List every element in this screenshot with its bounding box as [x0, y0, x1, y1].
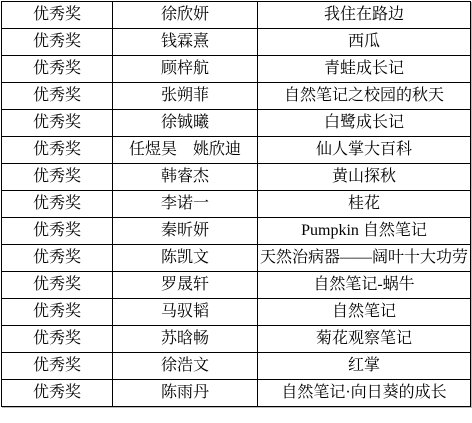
award-cell: 优秀奖 [2, 353, 113, 380]
name-cell: 徐浩文 [113, 353, 258, 380]
table-row: 优秀奖 陈雨丹 自然笔记·向日葵的成长 [2, 380, 471, 407]
name-cell: 秦昕妍 [113, 218, 258, 245]
table-row: 优秀奖 张朔菲 自然笔记之校园的秋天 [2, 83, 471, 110]
award-cell: 优秀奖 [2, 56, 113, 83]
name-cell: 顾梓航 [113, 56, 258, 83]
award-cell: 优秀奖 [2, 29, 113, 56]
title-cell: 天然治病器——阔叶十大功劳 [258, 245, 471, 272]
name-cell: 徐铖曦 [113, 110, 258, 137]
name-cell: 陈雨丹 [113, 380, 258, 407]
title-cell: 自然笔记-蜗牛 [258, 272, 471, 299]
name-cell: 徐欣妍 [113, 2, 258, 29]
title-cell: 黄山探秋 [258, 164, 471, 191]
table-row: 优秀奖 徐浩文 红掌 [2, 353, 471, 380]
name-cell: 钱霖熹 [113, 29, 258, 56]
table-row: 优秀奖 任煜昊 姚欣迪 仙人掌大百科 [2, 137, 471, 164]
award-cell: 优秀奖 [2, 299, 113, 326]
award-cell: 优秀奖 [2, 326, 113, 353]
title-cell: 红掌 [258, 353, 471, 380]
title-cell: 菊花观察笔记 [258, 326, 471, 353]
award-cell: 优秀奖 [2, 83, 113, 110]
title-cell: 自然笔记 [258, 299, 471, 326]
title-cell: 西瓜 [258, 29, 471, 56]
title-cell: 桂花 [258, 191, 471, 218]
award-cell: 优秀奖 [2, 218, 113, 245]
title-cell: Pumpkin 自然笔记 [258, 218, 471, 245]
name-cell: 马驭韬 [113, 299, 258, 326]
table-row: 优秀奖 秦昕妍 Pumpkin 自然笔记 [2, 218, 471, 245]
award-cell: 优秀奖 [2, 110, 113, 137]
table-row: 优秀奖 徐欣妍 我住在路边 [2, 2, 471, 29]
name-cell: 罗晟轩 [113, 272, 258, 299]
awards-table-body: 优秀奖 徐欣妍 我住在路边 优秀奖 钱霖熹 西瓜 优秀奖 顾梓航 青蛙成长记 优… [2, 2, 471, 407]
table-row: 优秀奖 李诺一 桂花 [2, 191, 471, 218]
name-cell: 陈凯文 [113, 245, 258, 272]
award-cell: 优秀奖 [2, 245, 113, 272]
awards-table: 优秀奖 徐欣妍 我住在路边 优秀奖 钱霖熹 西瓜 优秀奖 顾梓航 青蛙成长记 优… [1, 1, 471, 407]
award-cell: 优秀奖 [2, 164, 113, 191]
table-row: 优秀奖 陈凯文 天然治病器——阔叶十大功劳 [2, 245, 471, 272]
name-cell: 苏晗畅 [113, 326, 258, 353]
name-cell: 李诺一 [113, 191, 258, 218]
table-row: 优秀奖 韩睿杰 黄山探秋 [2, 164, 471, 191]
title-cell: 自然笔记·向日葵的成长 [258, 380, 471, 407]
table-row: 优秀奖 罗晟轩 自然笔记-蜗牛 [2, 272, 471, 299]
table-row: 优秀奖 苏晗畅 菊花观察笔记 [2, 326, 471, 353]
title-cell: 自然笔记之校园的秋天 [258, 83, 471, 110]
table-row: 优秀奖 徐铖曦 白鹭成长记 [2, 110, 471, 137]
name-cell: 韩睿杰 [113, 164, 258, 191]
title-cell: 我住在路边 [258, 2, 471, 29]
name-cell: 张朔菲 [113, 83, 258, 110]
award-cell: 优秀奖 [2, 137, 113, 164]
title-cell: 仙人掌大百科 [258, 137, 471, 164]
award-cell: 优秀奖 [2, 2, 113, 29]
document-page: 优秀奖 徐欣妍 我住在路边 优秀奖 钱霖熹 西瓜 优秀奖 顾梓航 青蛙成长记 优… [0, 0, 472, 423]
award-cell: 优秀奖 [2, 191, 113, 218]
award-cell: 优秀奖 [2, 380, 113, 407]
title-cell: 青蛙成长记 [258, 56, 471, 83]
name-cell: 任煜昊 姚欣迪 [113, 137, 258, 164]
table-row: 优秀奖 马驭韬 自然笔记 [2, 299, 471, 326]
title-cell: 白鹭成长记 [258, 110, 471, 137]
award-cell: 优秀奖 [2, 272, 113, 299]
table-row: 优秀奖 顾梓航 青蛙成长记 [2, 56, 471, 83]
table-row: 优秀奖 钱霖熹 西瓜 [2, 29, 471, 56]
